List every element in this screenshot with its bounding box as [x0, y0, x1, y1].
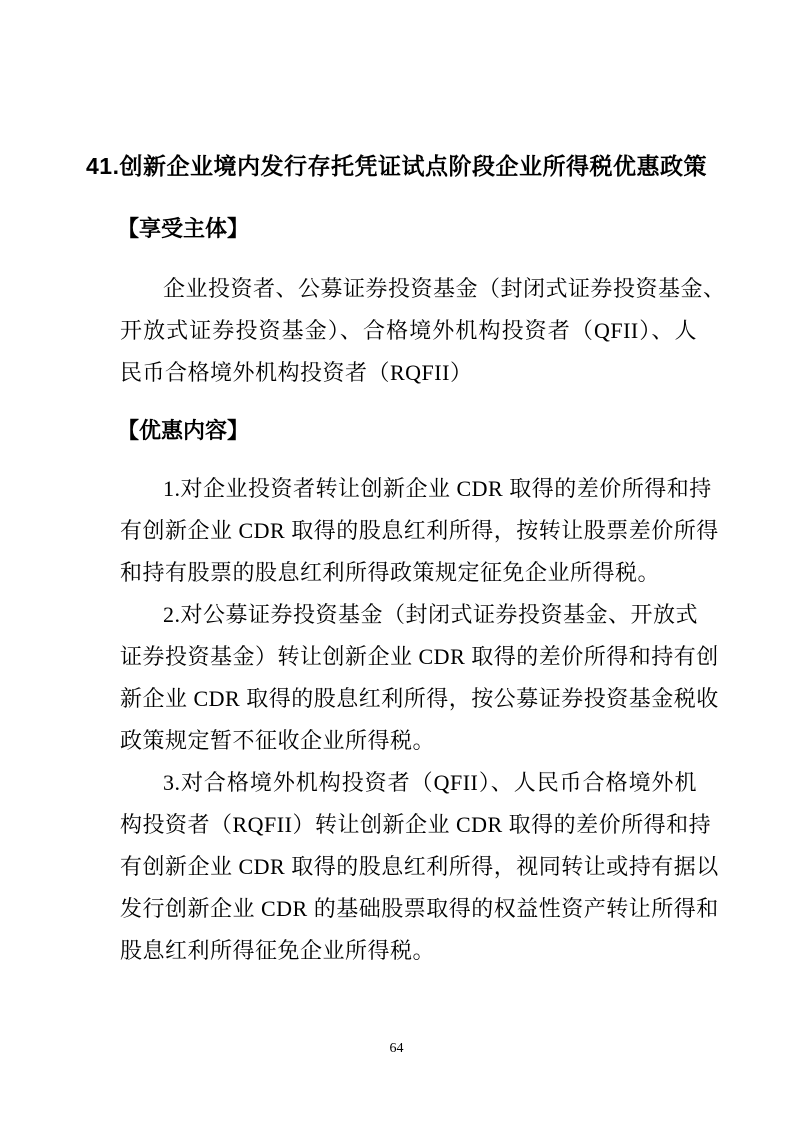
paragraph-line: 民币合格境外机构投资者（RQFII）	[120, 352, 697, 394]
document-page: 41.创新企业境内发行存托凭证试点阶段企业所得税优惠政策 【享受主体】 企业投资…	[0, 0, 793, 1122]
section-label-beneficiary: 【享受主体】	[117, 215, 249, 243]
paragraph-line: 发行创新企业 CDR 的基础股票取得的权益性资产转让所得和	[120, 888, 697, 930]
section-label-benefit-content: 【优惠内容】	[117, 417, 249, 445]
paragraph-line: 股息红利所得征免企业所得税。	[120, 930, 697, 972]
paragraph-line: 政策规定暂不征收企业所得税。	[120, 720, 697, 762]
benefit-content-paragraphs: 1.对企业投资者转让创新企业 CDR 取得的差价所得和持 有创新企业 CDR 取…	[120, 468, 697, 972]
paragraph-line: 开放式证券投资基金）、合格境外机构投资者（QFII）、人	[120, 310, 697, 352]
paragraph-line: 2.对公募证券投资基金（封闭式证券投资基金、开放式	[120, 594, 697, 636]
page-number: 64	[0, 1040, 793, 1058]
beneficiary-paragraph: 企业投资者、公募证券投资基金（封闭式证券投资基金、 开放式证券投资基金）、合格境…	[120, 268, 697, 394]
paragraph-line: 有创新企业 CDR 取得的股息红利所得，按转让股票差价所得	[120, 510, 697, 552]
paragraph-line: 证券投资基金）转让创新企业 CDR 取得的差价所得和持有创	[120, 636, 697, 678]
paragraph-line: 构投资者（RQFII）转让创新企业 CDR 取得的差价所得和持	[120, 804, 697, 846]
paragraph-line: 和持有股票的股息红利所得政策规定征免企业所得税。	[120, 552, 697, 594]
page-title: 41.创新企业境内发行存托凭证试点阶段企业所得税优惠政策	[0, 148, 793, 184]
paragraph-line: 3.对合格境外机构投资者（QFII）、人民币合格境外机	[120, 762, 697, 804]
paragraph-line: 企业投资者、公募证券投资基金（封闭式证券投资基金、	[120, 268, 697, 310]
paragraph-line: 有创新企业 CDR 取得的股息红利所得，视同转让或持有据以	[120, 846, 697, 888]
paragraph-line: 1.对企业投资者转让创新企业 CDR 取得的差价所得和持	[120, 468, 697, 510]
paragraph-line: 新企业 CDR 取得的股息红利所得，按公募证券投资基金税收	[120, 678, 697, 720]
